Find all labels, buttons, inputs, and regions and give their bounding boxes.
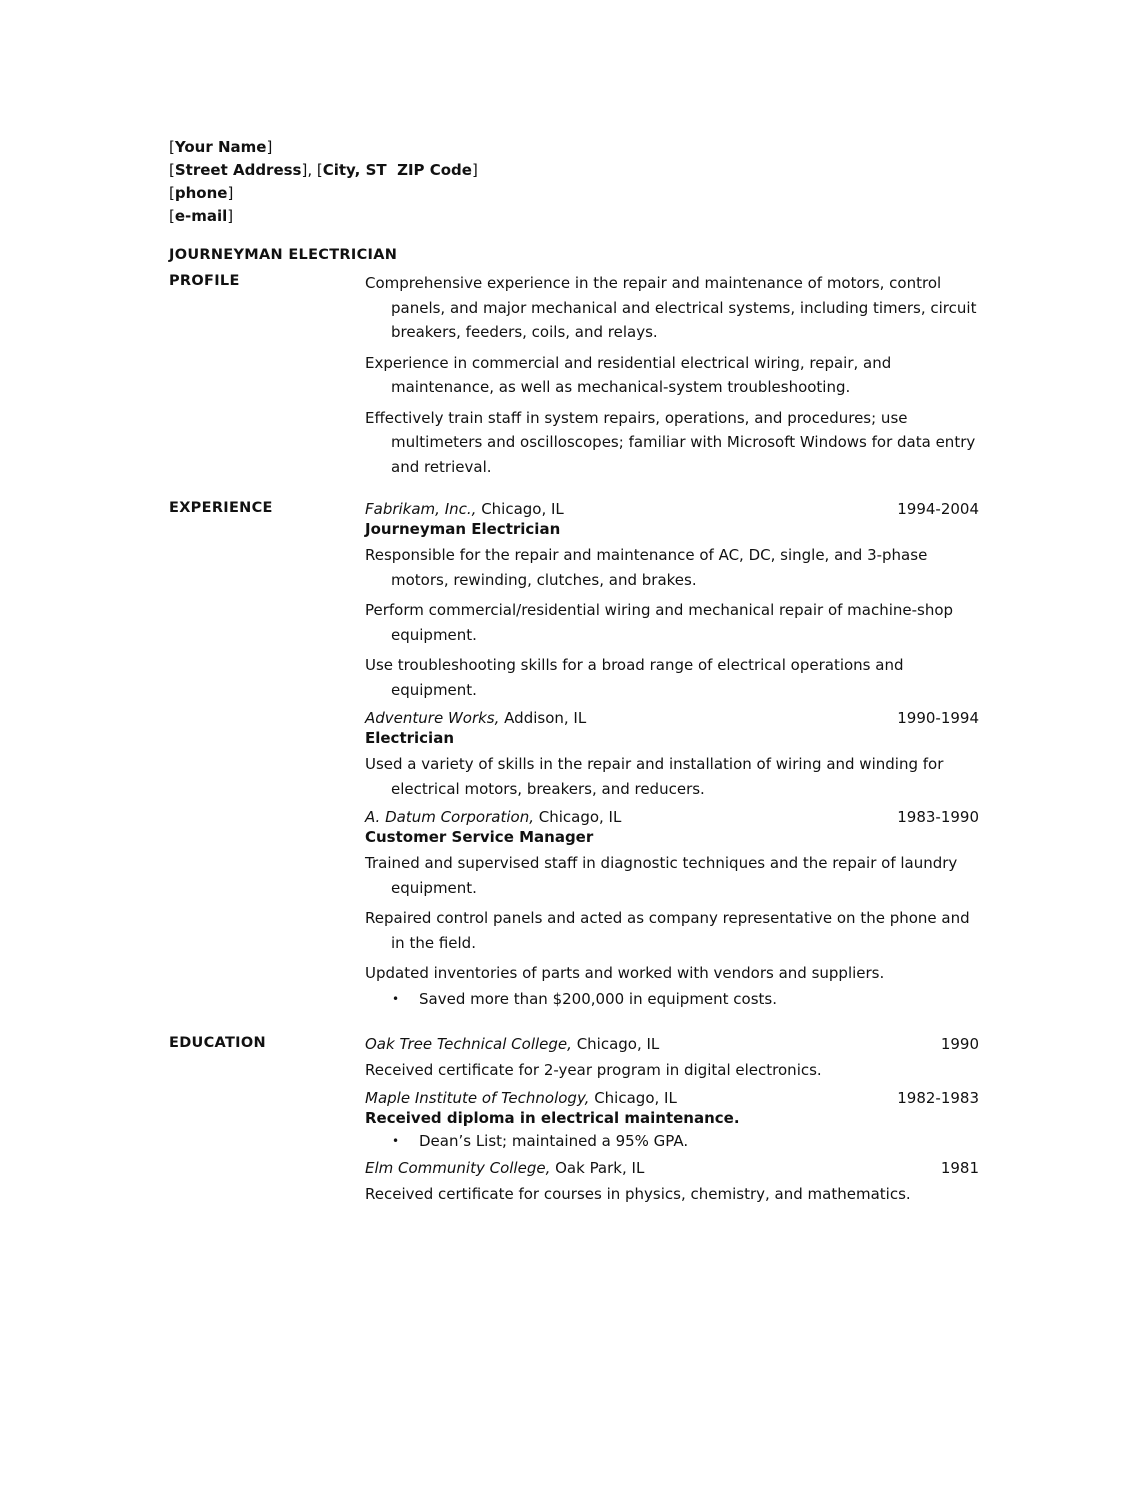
school-header: Elm Community College, Oak Park, IL 1981 [365,1158,979,1178]
job-dates: 1994-2004 [897,499,979,519]
contact-address: [Street Address], [City, ST ZIP Code] [169,159,478,182]
school-entry: Maple Institute of Technology, Chicago, … [365,1088,979,1152]
bullet-item: • Dean’s List; maintained a 95% GPA. [365,1130,979,1152]
job-item: Responsible for the repair and maintenan… [365,543,979,592]
school-dates: 1982-1983 [897,1088,979,1108]
job-entry: A. Datum Corporation, Chicago, IL 1983-1… [365,807,979,1010]
company-name: A. Datum Corporation, [365,808,534,826]
resume-page: [Your Name] [Street Address], [City, ST … [0,0,1148,1485]
contact-block: [Your Name] [Street Address], [City, ST … [169,136,478,228]
company-name: Adventure Works, [365,709,499,727]
job-header: A. Datum Corporation, Chicago, IL 1983-1… [365,807,979,827]
profile-paragraph: Comprehensive experience in the repair a… [365,271,979,345]
job-location: Addison, IL [499,709,586,727]
school-description: Received certificate for courses in phys… [365,1182,979,1206]
bullet-text: Saved more than $200,000 in equipment co… [419,990,777,1008]
school-location: Chicago, IL [589,1089,676,1107]
job-entry: Fabrikam, Inc., Chicago, IL 1994-2004 Jo… [365,499,979,702]
phone-text: phone [175,184,228,202]
contact-phone: [phone] [169,182,478,205]
job-item: Used a variety of skills in the repair a… [365,752,979,801]
school-name: Maple Institute of Technology, [365,1089,589,1107]
education-section: Oak Tree Technical College, Chicago, IL … [365,1034,979,1212]
profile-section: Comprehensive experience in the repair a… [365,271,979,485]
bullet-text: Dean’s List; maintained a 95% GPA. [419,1132,688,1150]
experience-section: Fabrikam, Inc., Chicago, IL 1994-2004 Jo… [365,499,979,1016]
name-text: Your Name [175,138,267,156]
job-location: Chicago, IL [476,500,563,518]
bullet-item: • Saved more than $200,000 in equipment … [365,988,979,1010]
experience-heading: EXPERIENCE [169,500,273,516]
job-role: Electrician [365,728,979,748]
school-name: Elm Community College, [365,1159,550,1177]
job-entry: Adventure Works, Addison, IL 1990-1994 E… [365,708,979,801]
job-item: Perform commercial/residential wiring an… [365,598,979,647]
school-entry: Oak Tree Technical College, Chicago, IL … [365,1034,979,1082]
school-degree: Received diploma in electrical maintenan… [365,1108,979,1128]
school-description: Received certificate for 2-year program … [365,1058,979,1082]
school-entry: Elm Community College, Oak Park, IL 1981… [365,1158,979,1206]
education-heading: EDUCATION [169,1035,266,1051]
school-dates: 1981 [941,1158,979,1178]
job-item: Repaired control panels and acted as com… [365,906,979,955]
resume-title: JOURNEYMAN ELECTRICIAN [169,247,397,263]
job-header: Adventure Works, Addison, IL 1990-1994 [365,708,979,728]
school-header: Oak Tree Technical College, Chicago, IL … [365,1034,979,1054]
job-location: Chicago, IL [534,808,621,826]
job-header: Fabrikam, Inc., Chicago, IL 1994-2004 [365,499,979,519]
job-item: Use troubleshooting skills for a broad r… [365,653,979,702]
school-location: Oak Park, IL [550,1159,644,1177]
contact-name: [Your Name] [169,136,478,159]
school-dates: 1990 [941,1034,979,1054]
bullet-icon: • [392,1130,399,1152]
school-location: Chicago, IL [572,1035,659,1053]
company-name: Fabrikam, Inc., [365,500,476,518]
city-text: City, ST ZIP Code [323,161,472,179]
job-dates: 1990-1994 [897,708,979,728]
email-text: e-mail [175,207,227,225]
profile-heading: PROFILE [169,273,240,289]
profile-paragraph: Experience in commercial and residential… [365,351,979,400]
profile-paragraph: Effectively train staff in system repair… [365,406,979,480]
job-role: Journeyman Electrician [365,519,979,539]
job-item: Updated inventories of parts and worked … [365,961,979,986]
job-role: Customer Service Manager [365,827,979,847]
school-name: Oak Tree Technical College, [365,1035,572,1053]
contact-email: [e-mail] [169,205,478,228]
bullet-icon: • [392,988,399,1010]
street-text: Street Address [175,161,302,179]
school-header: Maple Institute of Technology, Chicago, … [365,1088,979,1108]
job-item: Trained and supervised staff in diagnost… [365,851,979,900]
job-dates: 1983-1990 [897,807,979,827]
